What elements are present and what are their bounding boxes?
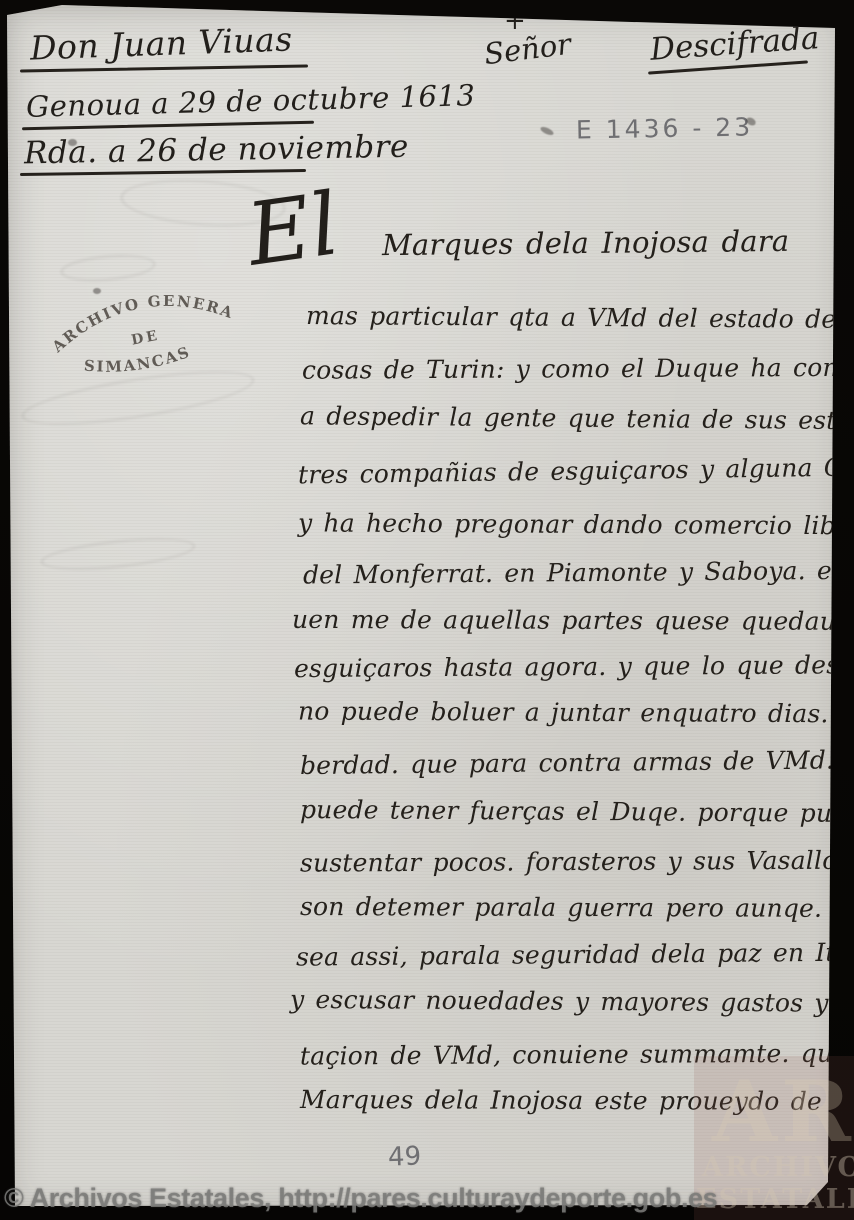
manuscript-line: uen me de aquellas partes quese quedaua … (292, 605, 854, 636)
copyright-watermark: © Archivos Estatales, http://pares.cultu… (4, 1183, 717, 1214)
archivos-logo-letters: AR (712, 1062, 854, 1161)
ink-speck (539, 125, 554, 136)
manuscript-line: no puede boluer a juntar enquatro dias. … (298, 696, 854, 728)
manuscript-line: berdad. que para contra armas de VMd. no (300, 745, 854, 780)
manuscript-line: esguiçaros hasta agora. y que lo que des… (294, 650, 854, 683)
manuscript-page: Don Juan Viuas Genoua a 29 de octubre 16… (0, 0, 854, 1220)
manuscript-line: a despedir la gente que tenia de sus est… (300, 401, 854, 435)
scanned-document: Don Juan Viuas Genoua a 29 de octubre 16… (0, 0, 854, 1220)
page-number: 49 (387, 1141, 421, 1172)
annotation-place-date: Genoua a 29 de octubre 1613 (26, 78, 476, 124)
archivos-logo-line1: ARCHIVOS (702, 1152, 854, 1183)
manuscript-line: y escusar nouedades y mayores gastos y R… (290, 985, 854, 1018)
stamp-middle-text: DE (130, 327, 161, 348)
archivos-logo-line2: ESTATALES (696, 1184, 854, 1215)
manuscript-initial: El (244, 190, 343, 271)
manuscript-line: del Monferrat. en Piamonte y Saboya. esc… (303, 555, 854, 589)
archive-stamp: ARCHIVO GENERAL DE SIMANCAS (39, 258, 253, 411)
manuscript-line: sustentar pocos. forasteros y sus Vasall… (300, 845, 854, 877)
annotation-received: Rda. a 26 de noviembre (24, 129, 409, 172)
manuscript-line: sea assi, parala seguridad dela paz en I… (296, 937, 854, 971)
manuscript-line: son detemer parala guerra pero aunqe. es… (300, 892, 854, 923)
manuscript-line: tres compañias de esguiçaros y alguna Ca… (298, 452, 854, 490)
manuscript-line: mas particular qta a VMd del estado dela… (306, 301, 854, 334)
reference-number: E 1436 - 23 (576, 112, 754, 144)
ink-showthrough (39, 532, 197, 576)
annotation-sender: Don Juan Viuas (29, 19, 293, 67)
manuscript-line: Marques dela Inojosa dara (382, 224, 790, 262)
archivos-logo-watermark: AR ARCHIVOS ESTATALES (694, 1056, 854, 1220)
manuscript-line: y ha hecho pregonar dando comercio libre… (298, 508, 854, 540)
ink-speck (93, 288, 101, 294)
ink-speck (68, 139, 77, 146)
salutation: Señor (482, 27, 573, 71)
manuscript-line: puede tener fuerças el Duqe. porque pued… (300, 795, 854, 828)
manuscript-line: cosas de Turin: y como el Duque ha comen… (302, 352, 854, 384)
